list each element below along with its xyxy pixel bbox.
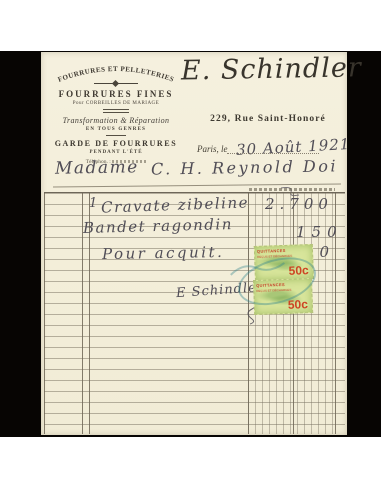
photo-background: FOURRURES ET PELLETERIES FOURRURES FINES… [0, 51, 381, 437]
date-rule [227, 153, 319, 154]
invoice-document: FOURRURES ET PELLETERIES FOURRURES FINES… [41, 52, 347, 435]
row3-description: Pour acquit. [102, 243, 225, 263]
table-left-border [44, 193, 45, 434]
date-prefix-printed: Paris, le [197, 144, 228, 154]
column-header-microprint [249, 188, 335, 191]
revenue-stamps: QUITTANCES REÇUS ET DÉCHARGES 50c QUITTA… [252, 244, 316, 316]
merchant-address: 229, Rue Saint-Honoré [187, 114, 349, 124]
en-tous-genres-label: EN TOUS GENRES [49, 127, 183, 132]
corbeilles-label: Pour CORBEILLES DE MARIAGE [49, 101, 183, 106]
date-line: Paris, le 30 Août 1921 [197, 138, 350, 157]
salutation-handwritten: Madame [55, 157, 139, 178]
row1-quantity: 1 [89, 196, 97, 211]
row2-amount: 150 [296, 223, 343, 241]
row1-description: Cravate zibeline [101, 193, 250, 216]
letterhead-block: FOURRURES ET PELLETERIES FOURRURES FINES… [49, 58, 183, 165]
date-handwritten: 30 Août 1921 [235, 135, 350, 159]
row2-description: Bandet ragondin [83, 215, 233, 237]
addressee-name-handwritten: C. H. Reynold Doi [151, 156, 338, 178]
pendant-lete-label: PENDANT L'ÉTÉ [49, 150, 183, 155]
addressee-line: Madame C. H. Reynold Doi [55, 158, 339, 178]
cancellation-scribble [228, 253, 289, 285]
divider-single [106, 135, 126, 136]
ornament-diamond [94, 82, 138, 86]
transformation-label: Transformation & Réparation [49, 116, 183, 125]
fourrures-fines-label: FOURRURES FINES [49, 89, 183, 99]
divider-double [103, 109, 129, 113]
garde-fourrures-label: GARDE DE FOURRURES [49, 139, 183, 148]
merchant-name-script: E. Schindler [181, 53, 350, 87]
row1-amount: 2.700 [265, 195, 333, 213]
